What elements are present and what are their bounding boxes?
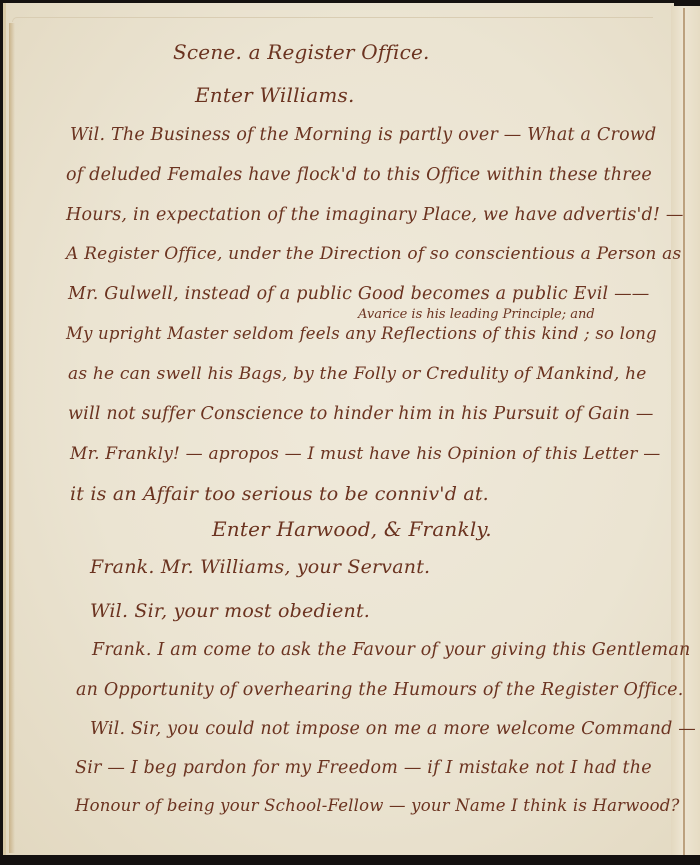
stage-direction-enter-williams: Enter Williams. bbox=[195, 83, 355, 107]
text-line-4: A Register Office, under the Direction o… bbox=[66, 244, 681, 264]
text-line-2: of deluded Females have flock'd to this … bbox=[66, 165, 652, 185]
scan-border bbox=[0, 855, 700, 865]
text-line-14: an Opportunity of overhearing the Humour… bbox=[76, 680, 683, 700]
text-line-7: as he can swell his Bags, by the Folly o… bbox=[68, 364, 646, 384]
text-line-17: Honour of being your School-Fellow — you… bbox=[75, 796, 680, 815]
text-line-6: My upright Master seldom feels any Refle… bbox=[66, 324, 657, 343]
page-edge bbox=[12, 17, 653, 22]
text-line-12: Wil. Sir, your most obedient. bbox=[90, 600, 370, 622]
page-stain bbox=[9, 23, 15, 853]
text-line-13: Frank. I am come to ask the Favour of yo… bbox=[92, 640, 690, 660]
scene-heading: Scene. a Register Office. bbox=[173, 40, 430, 64]
text-line-3: Hours, in expectation of the imaginary P… bbox=[66, 205, 684, 225]
interlinear-insertion: Avarice is his leading Principle; and bbox=[358, 307, 595, 322]
text-line-5: Mr. Gulwell, instead of a public Good be… bbox=[68, 284, 649, 304]
text-line-9: Mr. Frankly! — apropos — I must have his… bbox=[70, 444, 660, 464]
text-line-10: it is an Affair too serious to be conniv… bbox=[70, 483, 489, 505]
text-line-8: will not suffer Conscience to hinder him… bbox=[68, 404, 654, 424]
text-line-16: Sir — I beg pardon for my Freedom — if I… bbox=[75, 758, 652, 778]
text-line-11: Frank. Mr. Williams, your Servant. bbox=[90, 556, 430, 578]
stage-direction-enter-harwood-frankly: Enter Harwood, & Frankly. bbox=[212, 517, 492, 541]
text-line-1: Wil. The Business of the Morning is part… bbox=[70, 125, 656, 145]
text-line-15: Wil. Sir, you could not impose on me a m… bbox=[90, 719, 696, 739]
